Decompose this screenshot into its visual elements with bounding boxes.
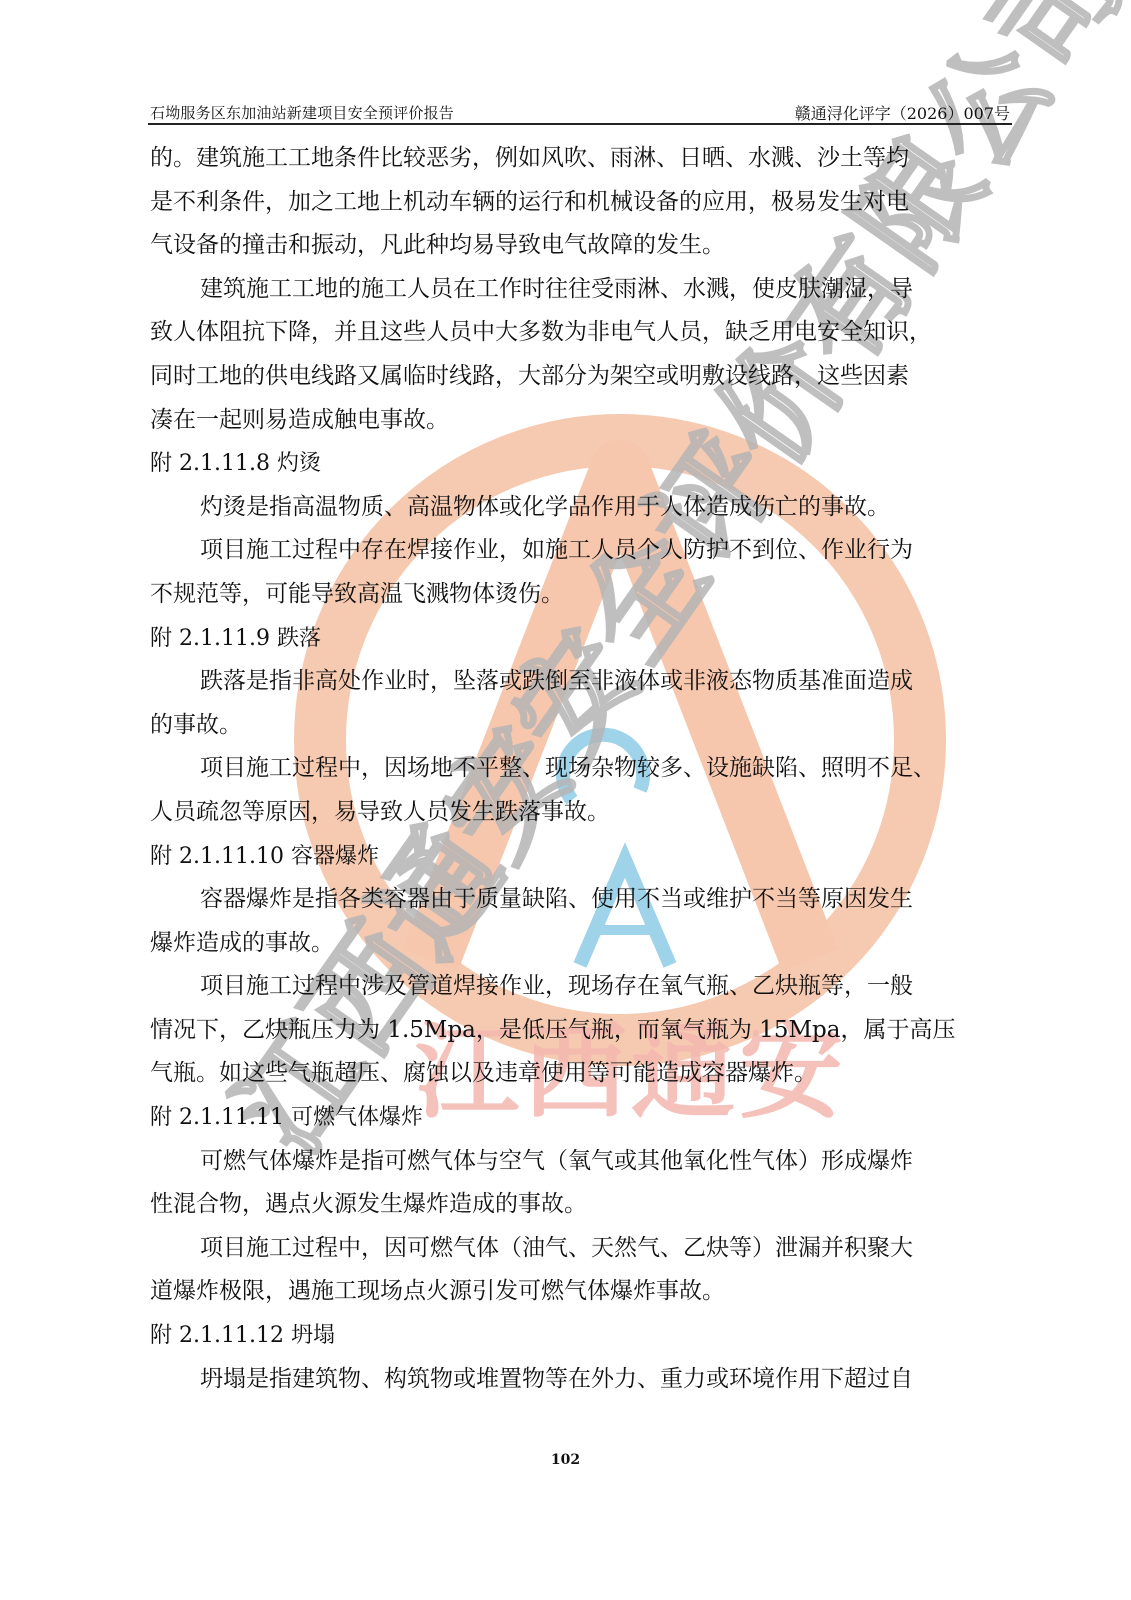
body-text: 的。建筑施工工地条件比较恶劣，例如风吹、雨淋、日晒、水溅、沙土等均是不利条件，加… — [150, 137, 1010, 1401]
paragraph-line: 项目施工过程中，因可燃气体（油气、天然气、乙炔等）泄漏并积聚大 — [150, 1227, 1010, 1271]
paragraph-line: 可燃气体爆炸是指可燃气体与空气（氧气或其他氧化性气体）形成爆炸 — [150, 1140, 1010, 1184]
paragraph-line: 爆炸造成的事故。 — [150, 922, 1010, 966]
paragraph-line: 容器爆炸是指各类容器由于质量缺陷、使用不当或维护不当等原因发生 — [150, 878, 1010, 922]
section-heading: 附 2.1.11.12 坍塌 — [150, 1314, 1010, 1358]
header-divider — [148, 123, 1012, 125]
section-heading: 附 2.1.11.11 可燃气体爆炸 — [150, 1096, 1010, 1140]
section-heading: 附 2.1.11.8 灼烫 — [150, 442, 1010, 486]
report-title: 石坳服务区东加油站新建项目安全预评价报告 — [150, 102, 454, 123]
paragraph-line: 建筑施工工地的施工人员在工作时往往受雨淋、水溅，使皮肤潮湿，导 — [150, 268, 1010, 312]
paragraph-line: 凑在一起则易造成触电事故。 — [150, 399, 1010, 443]
paragraph-line: 的。建筑施工工地条件比较恶劣，例如风吹、雨淋、日晒、水溅、沙土等均 — [150, 137, 1010, 181]
paragraph-line: 的事故。 — [150, 704, 1010, 748]
paragraph-line: 坍塌是指建筑物、构筑物或堆置物等在外力、重力或环境作用下超过自 — [150, 1358, 1010, 1402]
paragraph-line: 灼烫是指高温物质、高温物体或化学品作用于人体造成伤亡的事故。 — [150, 486, 1010, 530]
paragraph-line: 是不利条件，加之工地上机动车辆的运行和机械设备的应用，极易发生对电 — [150, 181, 1010, 225]
paragraph-line: 气设备的撞击和振动，凡此种均易导致电气故障的发生。 — [150, 224, 1010, 268]
paragraph-line: 项目施工过程中存在焊接作业，如施工人员个人防护不到位、作业行为 — [150, 529, 1010, 573]
document-number: 赣通浔化评字（2026）007号 — [795, 101, 1010, 124]
section-heading: 附 2.1.11.10 容器爆炸 — [150, 835, 1010, 879]
paragraph-line: 跌落是指非高处作业时，坠落或跌倒至非液体或非液态物质基准面造成 — [150, 660, 1010, 704]
paragraph-line: 情况下，乙炔瓶压力为 1.5Mpa，是低压气瓶，而氧气瓶为 15Mpa，属于高压 — [150, 1009, 1010, 1053]
paragraph-line: 不规范等，可能导致高温飞溅物体烫伤。 — [150, 573, 1010, 617]
page-number: 102 — [0, 1452, 1131, 1468]
paragraph-line: 道爆炸极限，遇施工现场点火源引发可燃气体爆炸事故。 — [150, 1270, 1010, 1314]
paragraph-line: 项目施工过程中，因场地不平整、现场杂物较多、设施缺陷、照明不足、 — [150, 747, 1010, 791]
paragraph-line: 人员疏忽等原因，易导致人员发生跌落事故。 — [150, 791, 1010, 835]
paragraph-line: 项目施工过程中涉及管道焊接作业，现场存在氧气瓶、乙炔瓶等，一般 — [150, 965, 1010, 1009]
paragraph-line: 气瓶。如这些气瓶超压、腐蚀以及违章使用等可能造成容器爆炸。 — [150, 1052, 1010, 1096]
paragraph-line: 致人体阻抗下降，并且这些人员中大多数为非电气人员，缺乏用电安全知识， — [150, 311, 1010, 355]
section-heading: 附 2.1.11.9 跌落 — [150, 617, 1010, 661]
paragraph-line: 同时工地的供电线路又属临时线路，大部分为架空或明敷设线路，这些因素 — [150, 355, 1010, 399]
paragraph-line: 性混合物，遇点火源发生爆炸造成的事故。 — [150, 1183, 1010, 1227]
document-page: 江西通安 江西通安安全评价有限公司 石坳服务区东加油站新建项目安全预评价报告 赣… — [0, 0, 1131, 1600]
